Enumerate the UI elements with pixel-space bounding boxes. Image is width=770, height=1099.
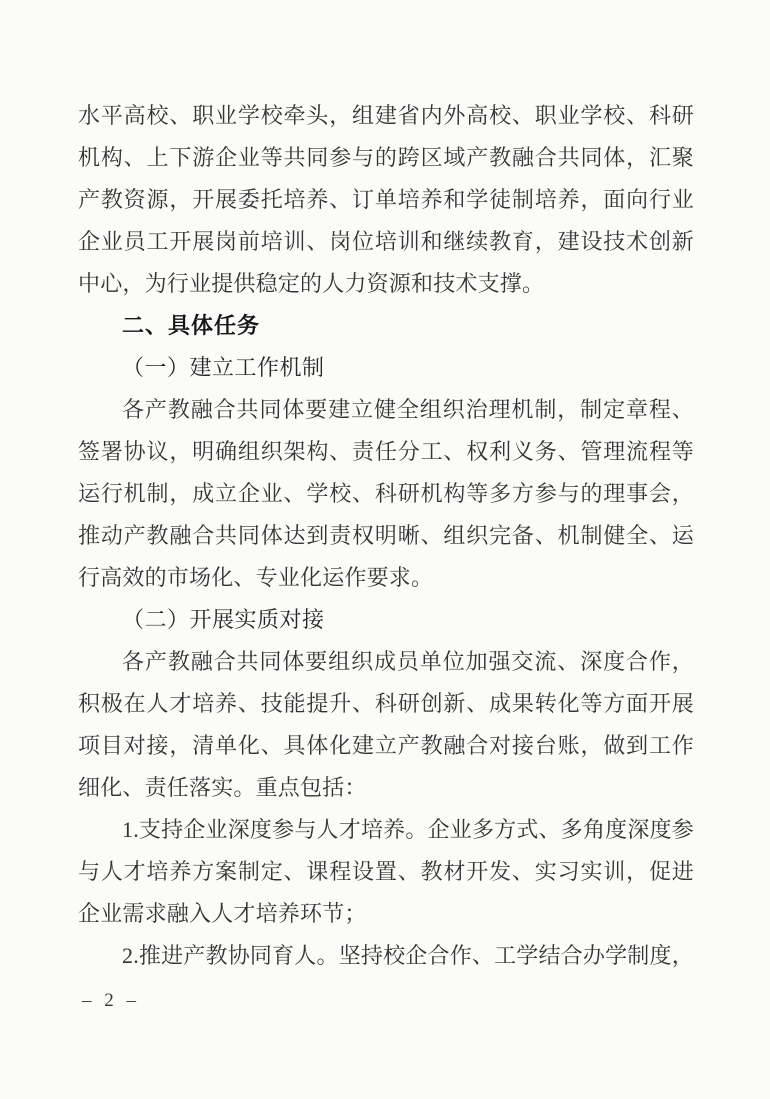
body-paragraph-continuation: 水平高校、职业学校牵头，组建省内外高校、职业学校、科研机构、上下游企业等共同参与… bbox=[78, 95, 694, 305]
numbered-item-1: 1.支持企业深度参与人才培养。企业多方式、多角度深度参与人才培养方案制定、课程设… bbox=[78, 809, 694, 935]
page-content: 水平高校、职业学校牵头，组建省内外高校、职业学校、科研机构、上下游企业等共同参与… bbox=[78, 95, 694, 977]
body-paragraph: 各产教融合共同体要建立健全组织治理机制，制定章程、签署协议，明确组织架构、责任分… bbox=[78, 389, 694, 599]
document-page: 水平高校、职业学校牵头，组建省内外高校、职业学校、科研机构、上下游企业等共同参与… bbox=[0, 0, 770, 1099]
page-number: – 2 – bbox=[82, 990, 140, 1012]
numbered-item-2: 2.推进产教协同育人。坚持校企合作、工学结合办学制度， bbox=[78, 935, 694, 977]
body-paragraph: 各产教融合共同体要组织成员单位加强交流、深度合作，积极在人才培养、技能提升、科研… bbox=[78, 641, 694, 809]
section-heading: 二、具体任务 bbox=[78, 305, 694, 347]
subsection-heading-1: （一）建立工作机制 bbox=[78, 347, 694, 389]
subsection-heading-2: （二）开展实质对接 bbox=[78, 599, 694, 641]
